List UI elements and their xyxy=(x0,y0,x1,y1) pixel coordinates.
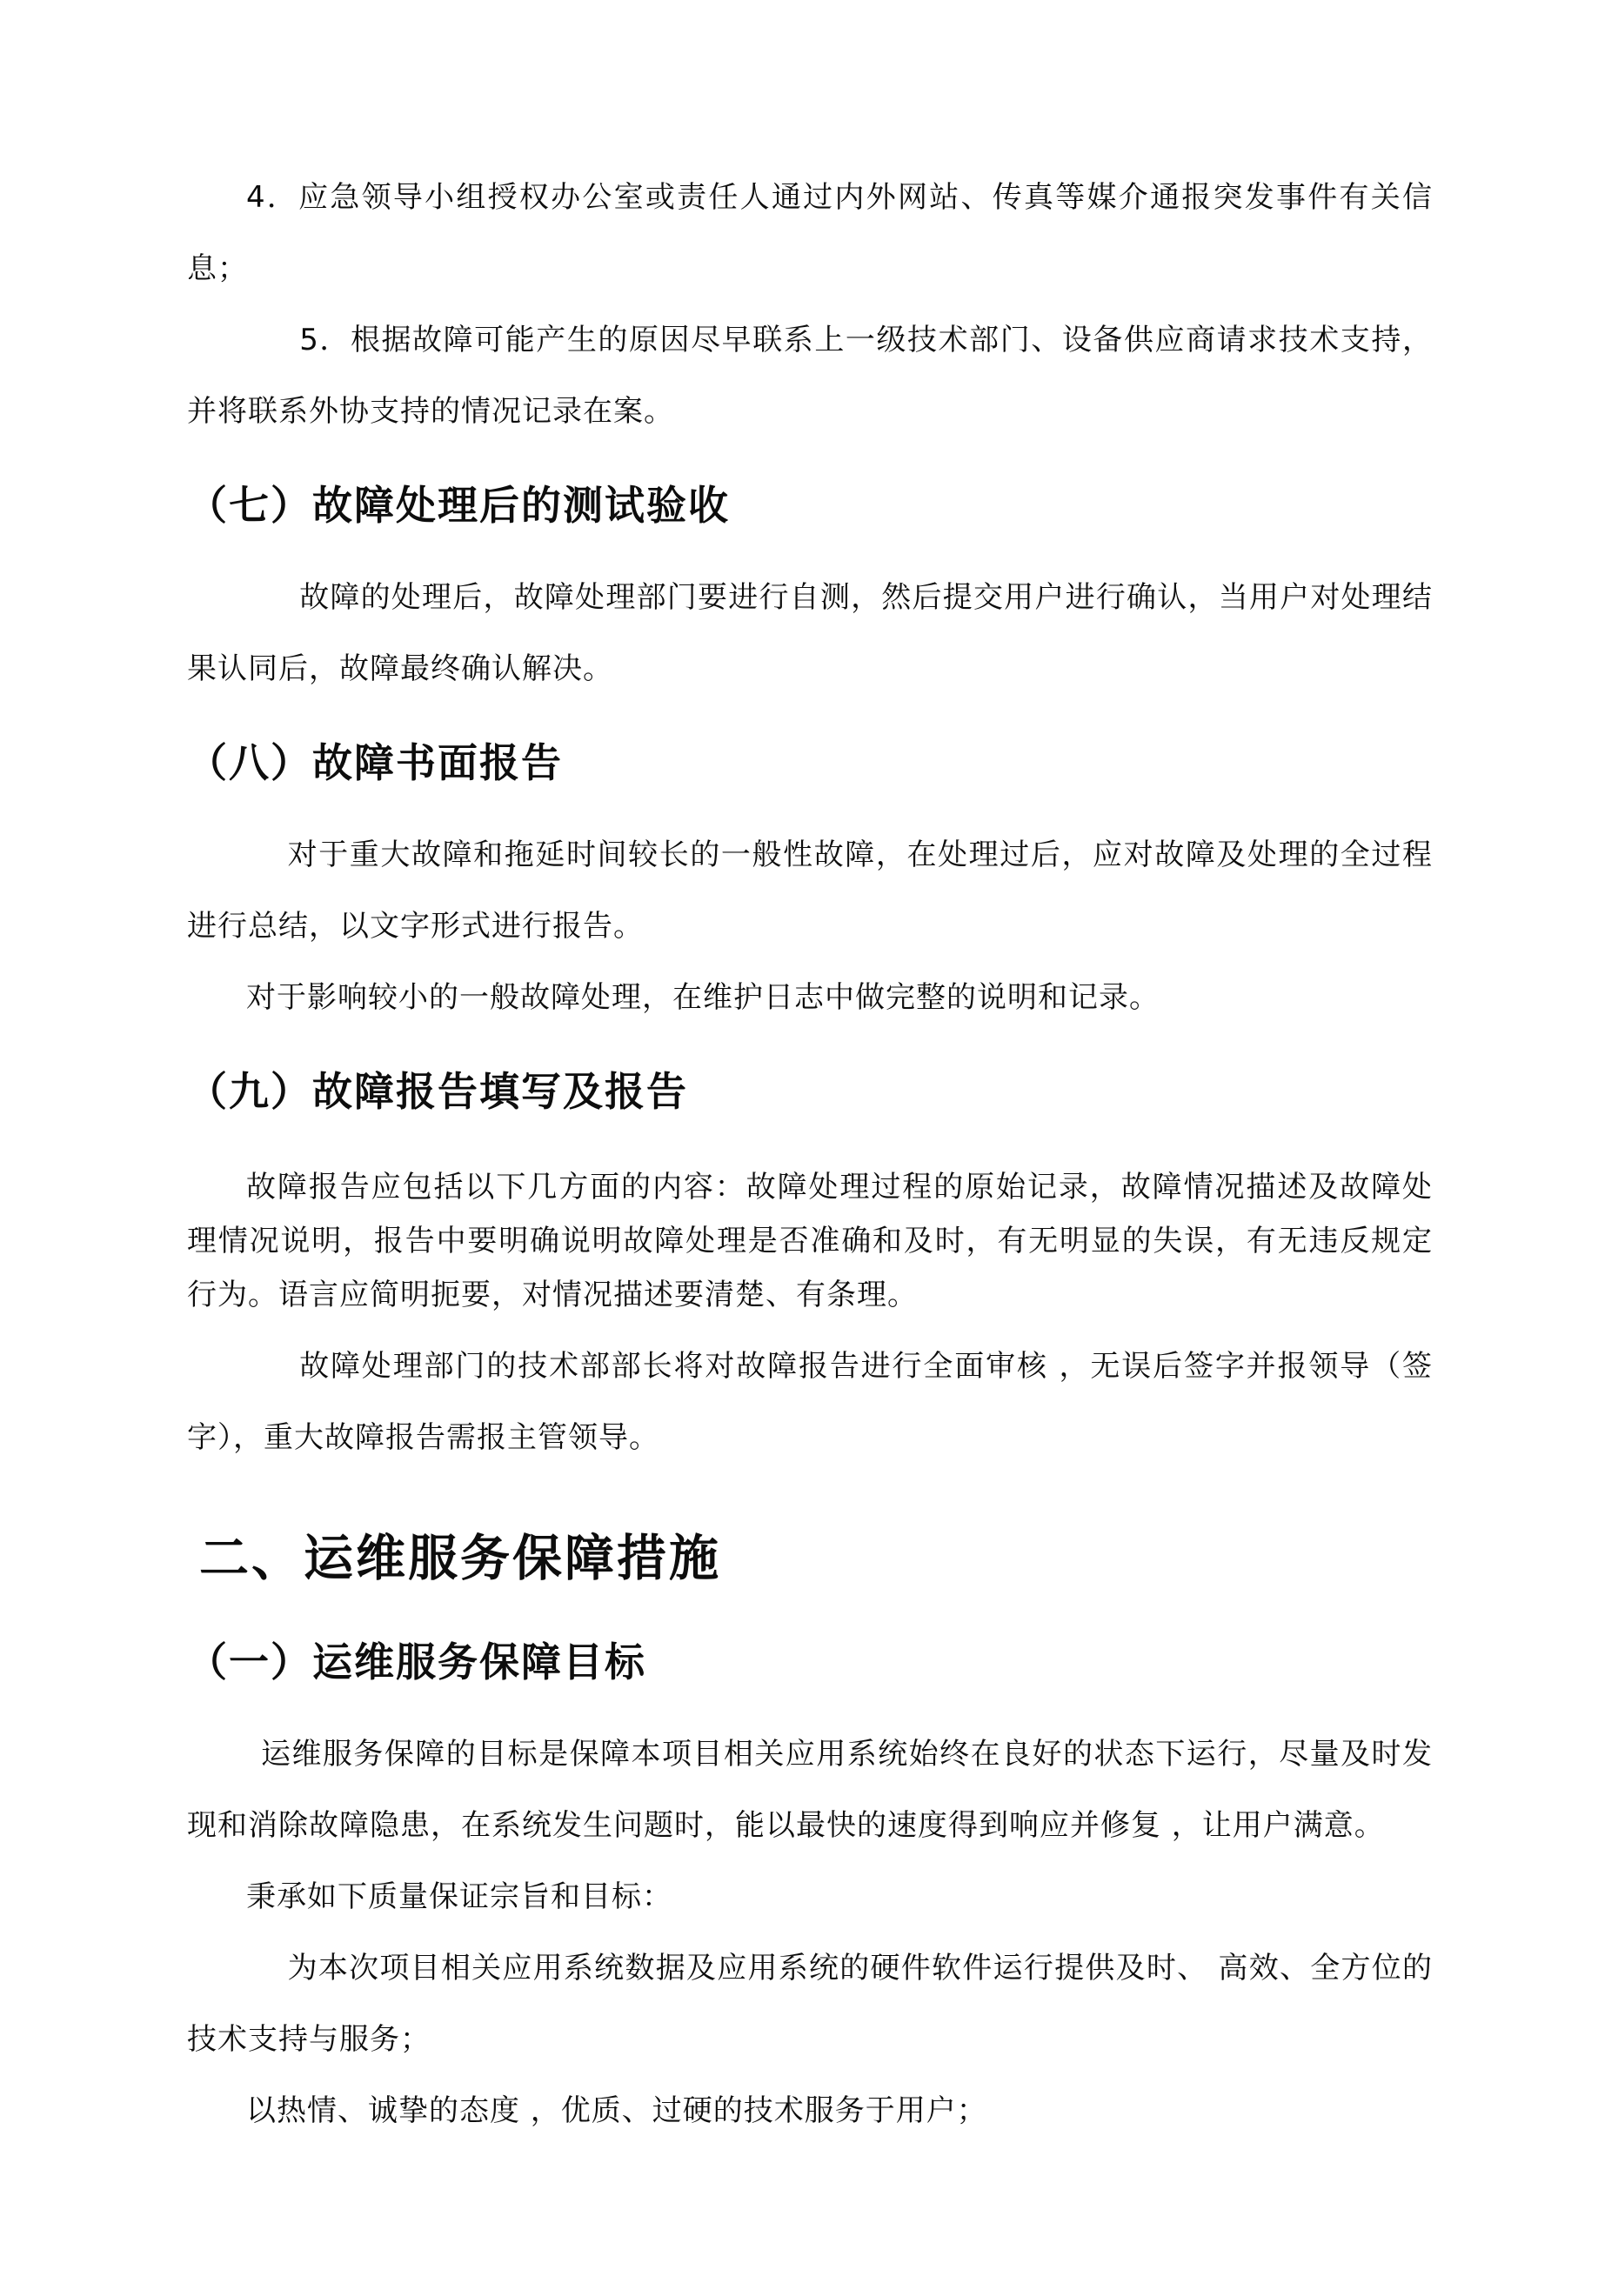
heading-chapter-2: 二、运维服务保障措施 xyxy=(199,1522,1433,1595)
paragraph-report-content: 故障报告应包括以下几方面的内容：故障处理过程的原始记录，故障情况描述及故障处理情… xyxy=(187,1148,1433,1331)
paragraph-minor-fault-log: 对于影响较小的一般故障处理，在维护日志中做完整的说明和记录。 xyxy=(187,962,1433,1033)
heading-section-9: （九）故障报告填写及报告 xyxy=(187,1061,1433,1122)
heading-section-8: （八）故障书面报告 xyxy=(187,732,1433,793)
paragraph-tech-support: 为本次项目相关应用系统数据及应用系统的硬件软件运行提供及时、 高效、全方位的技术… xyxy=(187,1932,1433,2075)
paragraph-quality-pledge: 秉承如下质量保证宗旨和目标： xyxy=(187,1861,1433,1932)
paragraph-item-5: 5．根据故障可能产生的原因尽早联系上一级技术部门、设备供应商请求技术支持，并将联… xyxy=(187,304,1433,447)
heading-section-7: （七）故障处理后的测试验收 xyxy=(187,475,1433,536)
paragraph-test-acceptance: 故障的处理后，故障处理部门要进行自测，然后提交用户进行确认，当用户对处理结果认同… xyxy=(187,562,1433,704)
paragraph-report-review: 故障处理部门的技术部部长将对故障报告进行全面审核 ，无误后签字并报领导（签字），… xyxy=(187,1331,1433,1473)
paragraph-major-fault-report: 对于重大故障和拖延时间较长的一般性故障，在处理过后，应对故障及处理的全过程进行总… xyxy=(187,819,1433,962)
document-page: 4．应急领导小组授权办公室或责任人通过内外网站、传真等媒介通报突发事件有关信息；… xyxy=(0,0,1618,2296)
paragraph-service-goal: 运维服务保障的目标是保障本项目相关应用系统始终在良好的状态下运行，尽量及时发现和… xyxy=(187,1719,1433,1861)
heading-section-1-goal: （一）运维服务保障目标 xyxy=(187,1632,1433,1692)
paragraph-item-4: 4．应急领导小组授权办公室或责任人通过内外网站、传真等媒介通报突发事件有关信息； xyxy=(187,162,1433,304)
paragraph-service-attitude: 以热情、诚挚的态度 ，优质、过硬的技术服务于用户； xyxy=(187,2075,1433,2146)
